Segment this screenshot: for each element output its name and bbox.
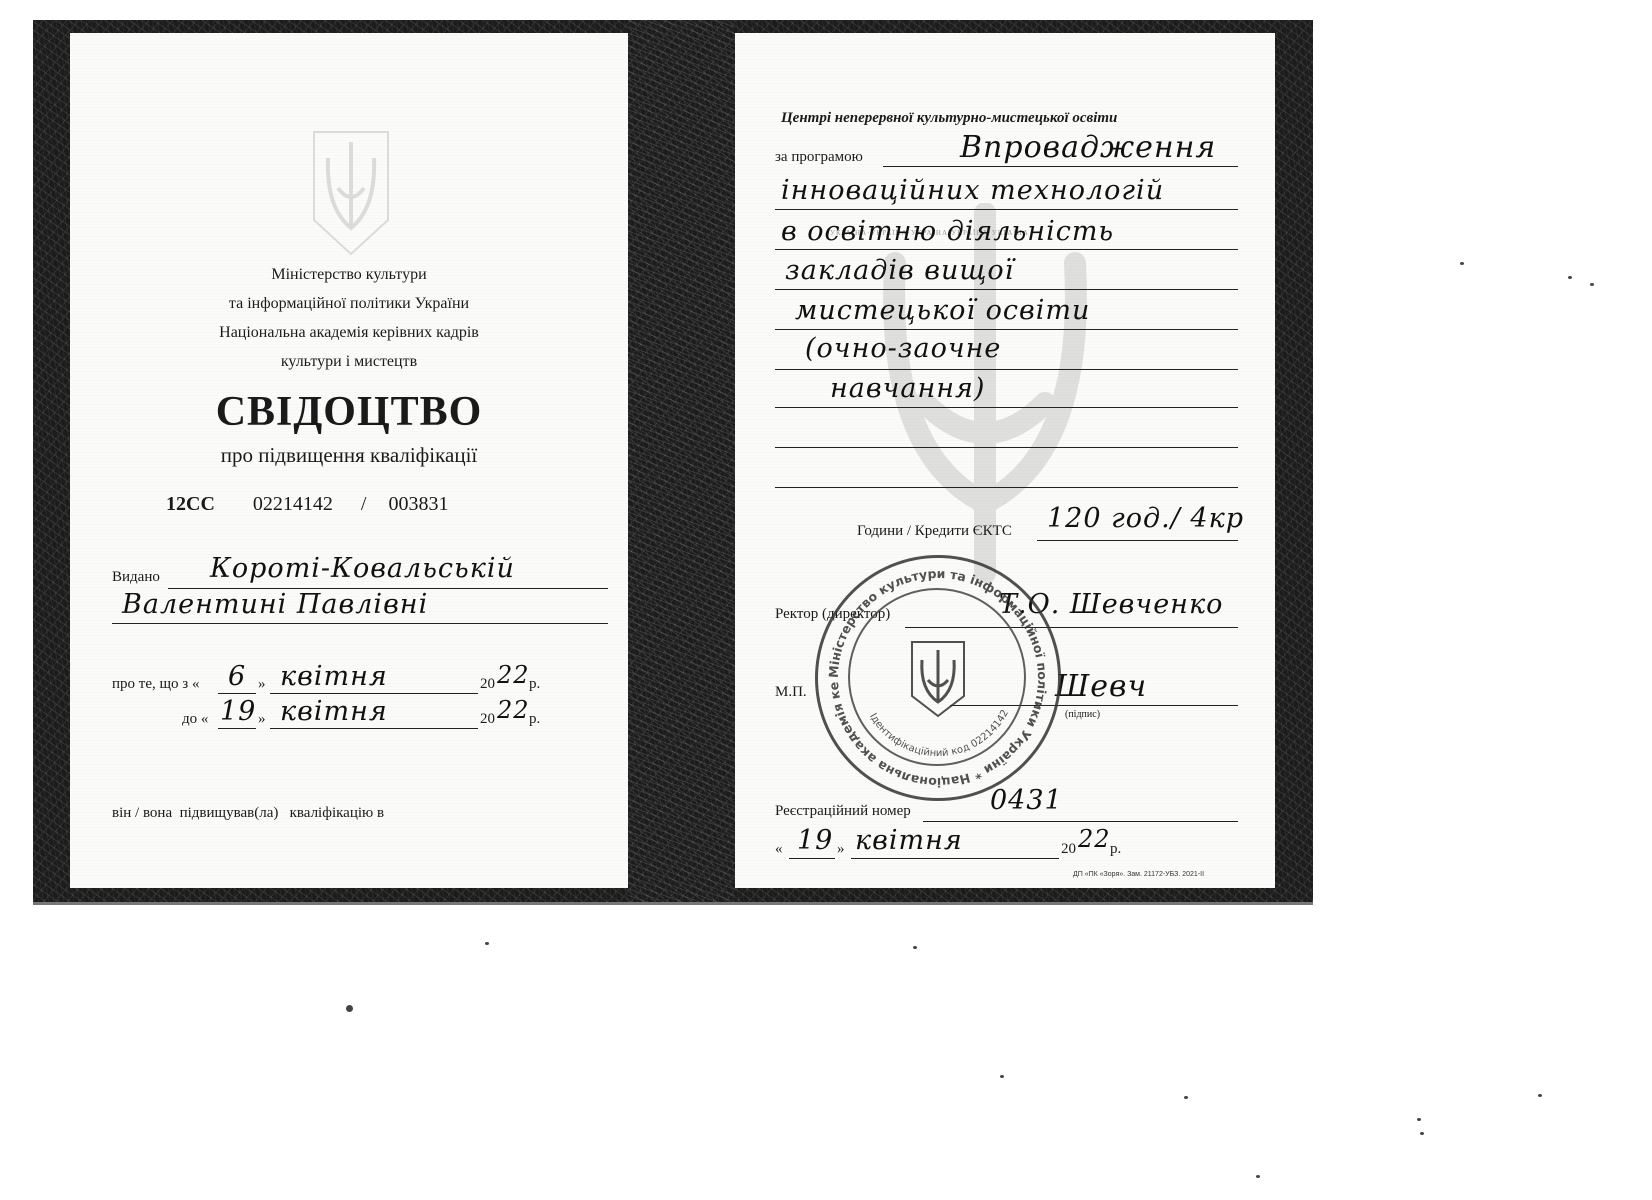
issued-to-surname: Короті-Ковальській	[210, 553, 515, 584]
issue-date-month: квітня	[855, 825, 963, 856]
issue-date-year-unit: р.	[1110, 841, 1121, 858]
to-month: квітня	[280, 696, 388, 727]
registration-label: Реєстраційний номер	[775, 803, 911, 820]
issue-date-year-prefix: 20	[1061, 841, 1076, 858]
trident-emblem-icon	[310, 128, 392, 258]
to-year-unit: р.	[529, 711, 540, 728]
ministry-line-1: Міністерство культури	[70, 260, 628, 289]
issued-to-given-names: Валентині Павлівні	[122, 589, 428, 620]
to-day: 19	[220, 696, 256, 727]
certificate-number: 003831	[388, 493, 448, 515]
certificate-subtitle: про підвищення кваліфікації	[70, 443, 628, 468]
seal-label: М.П.	[775, 684, 807, 701]
to-date-label: до «	[182, 711, 208, 728]
program-line-3: в освітню діяльність	[781, 216, 1114, 247]
program-label: за програмою	[775, 149, 863, 166]
serial-number: 12СС 02214142 / 003831	[166, 493, 448, 516]
ministry-line-2: та інформаційної політики України	[70, 289, 628, 318]
qualification-statement: він / вона підвищував(ла) кваліфікацію в	[112, 805, 384, 822]
program-line-7: навчання)	[830, 373, 985, 404]
from-date-label: про те, що з «	[112, 676, 199, 693]
issued-label: Видано	[112, 569, 160, 586]
signature: Шевч	[1055, 669, 1147, 704]
program-line-4: закладів вищої	[785, 255, 1014, 286]
academy-line-2: культури і мистецтв	[70, 347, 628, 376]
program-line-5: мистецької освіти	[795, 295, 1090, 326]
serial-separator: /	[361, 493, 367, 515]
to-day-close: »	[258, 711, 266, 728]
to-year-suffix: 22	[497, 696, 530, 724]
stamp-coat-of-arms-icon	[912, 642, 964, 716]
official-seal-stamp: Міністерство культури та інформаційної п…	[815, 555, 1061, 801]
from-month: квітня	[280, 661, 388, 692]
hours-credits-value: 120 год./ 4кр	[1047, 503, 1244, 534]
series: 12СС	[166, 493, 215, 515]
from-day: 6	[228, 661, 246, 692]
issue-date-close: »	[837, 841, 845, 858]
from-year-unit: р.	[529, 676, 540, 693]
issue-date-day: 19	[797, 825, 833, 856]
hours-credits-label: Години / Кредити ЄКТС	[857, 523, 1012, 540]
from-year-suffix: 22	[497, 661, 530, 689]
from-day-close: »	[258, 676, 266, 693]
issue-date-open: «	[775, 841, 783, 858]
signature-caption: (підпис)	[1065, 709, 1100, 720]
academy-line-1: Національна академія керівних кадрів	[70, 318, 628, 347]
program-line-1: Впровадження	[960, 130, 1216, 165]
program-line-2: інноваційних технологій	[781, 175, 1164, 206]
to-year-prefix: 20	[480, 711, 495, 728]
certificate-title: СВІДОЦТВО	[70, 388, 628, 436]
org-code: 02214142	[253, 493, 333, 515]
from-year-prefix: 20	[480, 676, 495, 693]
left-page: Міністерство культури та інформаційної п…	[70, 33, 628, 888]
program-line-6: (очно-заочне	[805, 333, 1001, 364]
printer-imprint: ДП «ПК «Зоря». Зам. 21172-УБЗ. 2021-ІІ	[1073, 871, 1204, 878]
issue-date-year-suffix: 22	[1078, 825, 1111, 853]
cover-spine	[628, 20, 735, 902]
center-name: Центрі неперервної культурно-мистецької …	[781, 110, 1117, 127]
